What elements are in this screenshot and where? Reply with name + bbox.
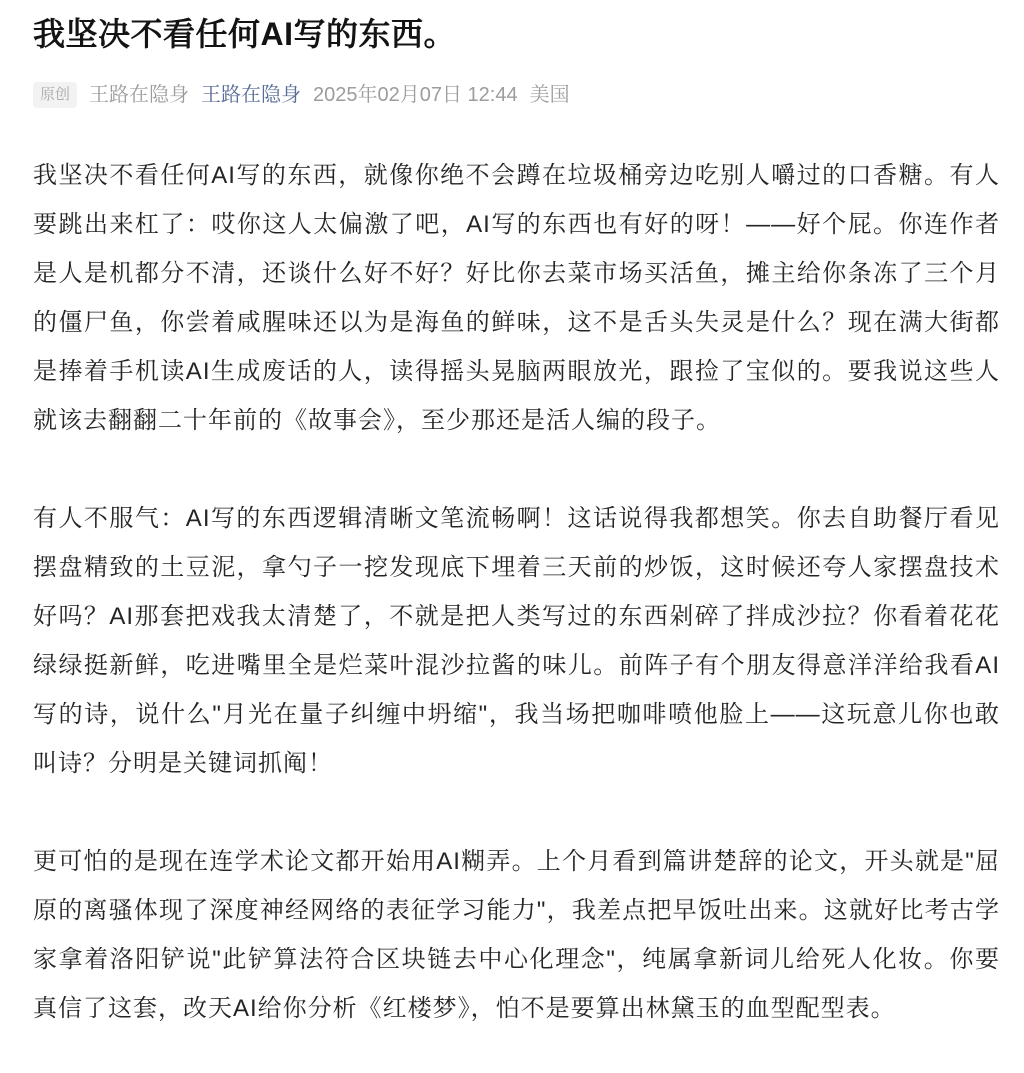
article-page: 我坚决不看任何AI写的东西。 原创 王路在隐身 王路在隐身 2025年02月07… xyxy=(0,0,1024,1073)
original-badge: 原创 xyxy=(33,82,77,108)
article-body: 我坚决不看任何AI写的东西，就像你绝不会蹲在垃圾桶旁边吃别人嚼过的口香糖。有人要… xyxy=(33,151,1000,1033)
account-link[interactable]: 王路在隐身 xyxy=(201,82,301,109)
paragraph-1: 我坚决不看任何AI写的东西，就像你绝不会蹲在垃圾桶旁边吃别人嚼过的口香糖。有人要… xyxy=(33,151,1000,445)
paragraph-3: 更可怕的是现在连学术论文都开始用AI糊弄。上个月看到篇讲楚辞的论文，开头就是"屈… xyxy=(33,837,1000,1033)
publish-time: 2025年02月07日 12:44 xyxy=(313,82,518,109)
article-title: 我坚决不看任何AI写的东西。 xyxy=(33,14,1000,56)
article-meta: 原创 王路在隐身 王路在隐身 2025年02月07日 12:44 美国 xyxy=(33,82,1000,109)
author-name: 王路在隐身 xyxy=(89,82,189,109)
publish-location: 美国 xyxy=(530,82,570,109)
paragraph-2: 有人不服气：AI写的东西逻辑清晰文笔流畅啊！这话说得我都想笑。你去自助餐厅看见摆… xyxy=(33,494,1000,788)
